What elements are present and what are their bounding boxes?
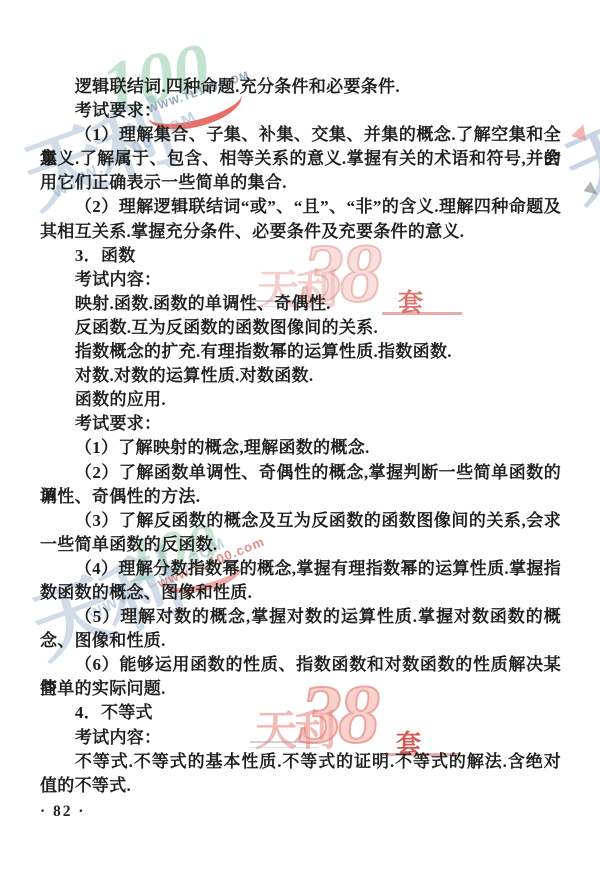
text-line: 用它们正确表示一些简单的集合. bbox=[40, 171, 561, 195]
text-line: （3）了解反函数的概念及互为反函数的函数图像间的关系,会求 bbox=[40, 509, 561, 533]
text-line: 考试内容： bbox=[40, 268, 561, 292]
section-heading: 4．不等式 bbox=[40, 701, 561, 725]
text-line: 不等式.不等式的基本性质.不等式的证明.不等式的解法.含绝对 bbox=[40, 750, 561, 774]
scanned-book-page: { "document": { "page_number": "· 82 ·",… bbox=[0, 0, 600, 873]
text-line: 考试要求： bbox=[40, 412, 561, 436]
section-heading: 3．函数 bbox=[40, 244, 561, 268]
pink-triangle-icon bbox=[571, 122, 591, 141]
text-line: 数函数的概念、图像和性质. bbox=[40, 581, 561, 605]
text-line: 简单的实际问题. bbox=[40, 677, 561, 701]
body-text: 逻辑联结词.四种命题.充分条件和必要条件. 考试要求： （1）理解集合、子集、补… bbox=[40, 75, 561, 798]
text-line: 其相互关系.掌握充分条件、必要条件及充要条件的意义. bbox=[40, 220, 561, 244]
page-number: · 82 · bbox=[40, 803, 86, 821]
text-line: 念、图像和性质. bbox=[40, 629, 561, 653]
text-line: 考试要求： bbox=[40, 99, 561, 123]
text-line: （5）理解对数的概念,掌握对数的运算性质.掌握对数函数的概 bbox=[40, 605, 561, 629]
text-line: （1）了解映射的概念,理解函数的概念. bbox=[40, 436, 561, 460]
text-line: 指数概念的扩充.有理指数幂的运算性质.指数函数. bbox=[40, 340, 561, 364]
text-line: 调性、奇偶性的方法. bbox=[40, 485, 561, 509]
text-line: （1）理解集合、子集、补集、交集、并集的概念.了解空集和全集的 bbox=[40, 123, 561, 147]
text-line: 值的不等式. bbox=[40, 774, 561, 798]
text-line: 函数的应用. bbox=[40, 388, 561, 412]
text-line: 反函数.互为反函数的函数图像间的关系. bbox=[40, 316, 561, 340]
text-line: 映射.函数.函数的单调性、奇偶性. bbox=[40, 292, 561, 316]
text-line: 考试内容： bbox=[40, 726, 561, 750]
text-line: 逻辑联结词.四种命题.充分条件和必要条件. bbox=[40, 75, 561, 99]
text-line: 一些简单函数的反函数. bbox=[40, 533, 561, 557]
text-line: 意义.了解属于、包含、相等关系的意义.掌握有关的术语和符号,并会 bbox=[40, 147, 561, 171]
grey-arrow-icon bbox=[584, 181, 600, 198]
text-line: （6）能够运用函数的性质、指数函数和对数函数的性质解决某些 bbox=[40, 653, 561, 677]
text-line: （2）理解逻辑联结词“或”、“且”、“非”的含义.理解四种命题及 bbox=[40, 195, 561, 219]
text-line: 对数.对数的运算性质.对数函数. bbox=[40, 364, 561, 388]
text-line: （2）了解函数单调性、奇偶性的概念,掌握判断一些简单函数的单 bbox=[40, 461, 561, 485]
text-line: （4）理解分数指数幂的概念,掌握有理指数幂的运算性质.掌握指 bbox=[40, 557, 561, 581]
tianli100-watermark-right-partial: 天 bbox=[556, 98, 600, 213]
